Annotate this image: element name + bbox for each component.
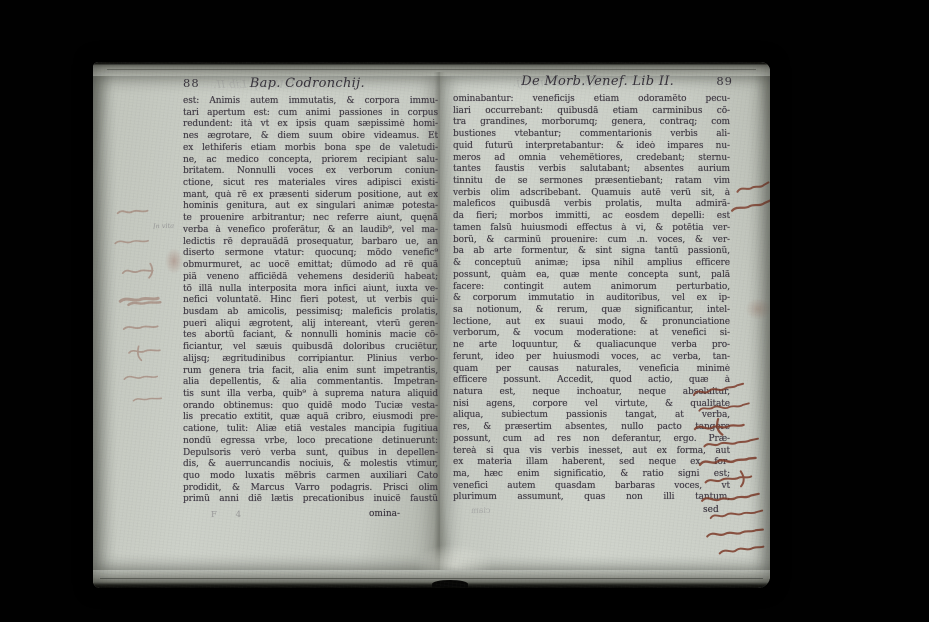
text-line: nisi agens, corpore vel virtute, & quali…	[453, 399, 730, 411]
text-line: catione, tulit: Aliæ etiã vestales manci…	[183, 424, 438, 436]
text-line: natura est, neque inchoatur, neque absol…	[453, 387, 730, 399]
text-line: rum genera tria facit, alia enim sunt im…	[183, 366, 438, 378]
text-line: primũ anni diẽ lætis precationibus inuic…	[183, 494, 438, 506]
text-line: lis precatio extitit, quæ aquã cribro, e…	[183, 412, 438, 424]
text-line: tamen falsũ huiusmodi effectus à vi, & p…	[453, 223, 730, 235]
text-line: ex lethiferis etiam morbis bona spe de v…	[183, 143, 438, 155]
text-line: venefici autem quasdam barbaras voces, v…	[453, 481, 730, 493]
right-running-title: De Morb.Venef. Lib II.	[479, 74, 716, 89]
text-line: ne arte loquuntur, & qualiacunque verba …	[453, 340, 730, 352]
book: De Morb.Venef. Lib II. Bap. Codronchij. …	[93, 62, 770, 588]
text-line: prodidit, & Marcus Varro podagris. Prisc…	[183, 483, 438, 495]
right-page-number: 89	[716, 74, 733, 88]
text-line: verborum, & vocum moderatione: at venefi…	[453, 328, 730, 340]
text-line: redundent: ità vt ex ipsis quam sæpissim…	[183, 119, 438, 131]
text-line: tereà si qua vis verbis inesset, aut ex …	[453, 446, 730, 458]
text-line: ma, hæc enim significatio, & ratio signi…	[453, 469, 730, 481]
left-catchword: omina-	[369, 509, 400, 519]
text-line: ctione, sicut res materiales vires adipi…	[183, 178, 438, 190]
text-line: meros ad omnia vehemẽtiores, credebant; …	[453, 153, 730, 165]
right-page-header: De Morb.Venef. Lib II. 89	[453, 74, 733, 89]
text-line: te prouenire arbitrantur; nec referre ai…	[183, 213, 438, 225]
text-line: nes ægrotare, & diem suum obire videamus…	[183, 131, 438, 143]
text-line: tinnitu de se sermones præsentiebant; ra…	[453, 176, 730, 188]
text-line: verbis olim adscribebant. Quamuis autẽ v…	[453, 188, 730, 200]
text-line: est: Animis autem immutatis, & corpora i…	[183, 96, 438, 108]
text-line: diserto sermone vtatur: quocunq; mõdo ve…	[183, 248, 438, 260]
text-line: plurimum assumunt, quas non illi tantum,	[453, 492, 730, 504]
text-line: ferunt, ideo per huiusmodi voces, ac ver…	[453, 352, 730, 364]
text-line: liari occurrebant: quibusdã etiam carmin…	[453, 106, 730, 118]
text-line: tes abortũ faciant, & nonnulli hominis m…	[183, 330, 438, 342]
text-line: efficere possunt. Accedit, quod actio, q…	[453, 375, 730, 387]
text-line: alijsq; ægritudinibus corripiantur. Plin…	[183, 354, 438, 366]
text-line: res, & præsertim absentes, nullo pacto t…	[453, 422, 730, 434]
text-line: hominis genitura, aut ex singulari animæ…	[183, 201, 438, 213]
printed-side-note-showthrough: In vita	[153, 222, 174, 231]
text-line: ficiantur, vel sæuis quibusdã doloribus …	[183, 342, 438, 354]
text-line: & corporum immutatio in auditoribus, vel…	[453, 293, 730, 305]
text-line: ba ab arte formentur, & sint signa tantũ…	[453, 246, 730, 258]
right-page-body-text: ominabantur: veneficijs etiam odoramẽto …	[453, 94, 730, 504]
text-line: ne, ac medico concepta, priorem recipian…	[183, 155, 438, 167]
text-line: dis, & auerruncandis nociuis, & molestis…	[183, 459, 438, 471]
text-line: maleficos quibusdã verbis prolatis, mult…	[453, 199, 730, 211]
text-line: tra grandines, morborumq; genera, contra…	[453, 117, 730, 129]
text-line: pueri aliqui ægrotent, alij intereant, v…	[183, 319, 438, 331]
text-line: Depulsoris verò verba sunt, quibus in de…	[183, 448, 438, 460]
text-line: borũ, & carminũ prouenire: cum .n. voces…	[453, 235, 730, 247]
text-line: nondũ egressa vrbe, loco precatione deti…	[183, 436, 438, 448]
text-line: tis sunt illa verba, quib⁹ à suprema nat…	[183, 389, 438, 401]
text-line: ex materia illam haberent, sed neque ex …	[453, 457, 730, 469]
text-line: ledictis rẽ deprauãdã prosequatur, barba…	[183, 237, 438, 249]
text-line: nefici voluntatẽ. Hinc fieri potest, ut …	[183, 295, 438, 307]
text-line: possunt, quàm ea, quæ mente concepta sun…	[453, 270, 730, 282]
photograph-of-open-book: De Morb.Venef. Lib II. Bap. Codronchij. …	[0, 0, 929, 622]
text-line: quid futurũ interpretabantur: & ideò imp…	[453, 141, 730, 153]
text-line: aliqua, subiectum passionis tangat, at v…	[453, 410, 730, 422]
text-line: tari apertum est: cum animi passiones in…	[183, 108, 438, 120]
right-catchword: sed	[703, 505, 719, 515]
text-line: piã veneno afficiẽdã vehemens desideriũ …	[183, 272, 438, 284]
text-line: obmurmuret, ac uocẽ emittat; dũmodo ad r…	[183, 260, 438, 272]
text-line: britatem. Nonnulli voces ex verborum con…	[183, 166, 438, 178]
text-line: da fieri; morbos immitti, ac eosdem depe…	[453, 211, 730, 223]
show-through-fragment: ciam	[471, 506, 490, 515]
book-bottom-page-edges	[93, 570, 770, 588]
text-line: alia depellentis, & alia commentantis. I…	[183, 377, 438, 389]
left-page-number: 88	[183, 76, 200, 90]
text-line: sa notionum, & rerum, quæ significantur,…	[453, 305, 730, 317]
text-line: ominabantur: veneficijs etiam odoramẽto …	[453, 94, 730, 106]
text-line: busdam ab amicolis, pessimisq; maleficis…	[183, 307, 438, 319]
text-line: facere: contingit autem animorum perturb…	[453, 282, 730, 294]
text-line: & conceptuũ animæ; ipsa nihil amplius ef…	[453, 258, 730, 270]
signature-mark: F 4	[211, 510, 249, 520]
text-line: tantes faustis verbis salutabant; absent…	[453, 164, 730, 176]
text-line: bustiones vtebantur; commentarionis verb…	[453, 129, 730, 141]
left-page-header: 88 Bap. Codronchij.	[183, 76, 441, 91]
left-page-body-text: est: Animis autem immutatis, & corpora i…	[183, 96, 438, 506]
text-line: possunt, cum ad res non deferantur, ergo…	[453, 434, 730, 446]
text-line: orando obtinemus: quo quidẽ modo Tuciæ v…	[183, 401, 438, 413]
text-line: verba à venefico proferãtur, & an laudib…	[183, 225, 438, 237]
text-line: lectione, aut ex suaui modo, & pronuncia…	[453, 317, 730, 329]
text-line: tõ illã nulla interposita mora infici ai…	[183, 284, 438, 296]
left-running-title: Bap. Codronchij.	[200, 76, 415, 91]
text-line: quo modo luxatis mẽbris carmen auxiliari…	[183, 471, 438, 483]
text-line: mant, quà rẽ ex præsenti siderum positio…	[183, 190, 438, 202]
text-line: quam per causas naturales, veneficia min…	[453, 364, 730, 376]
